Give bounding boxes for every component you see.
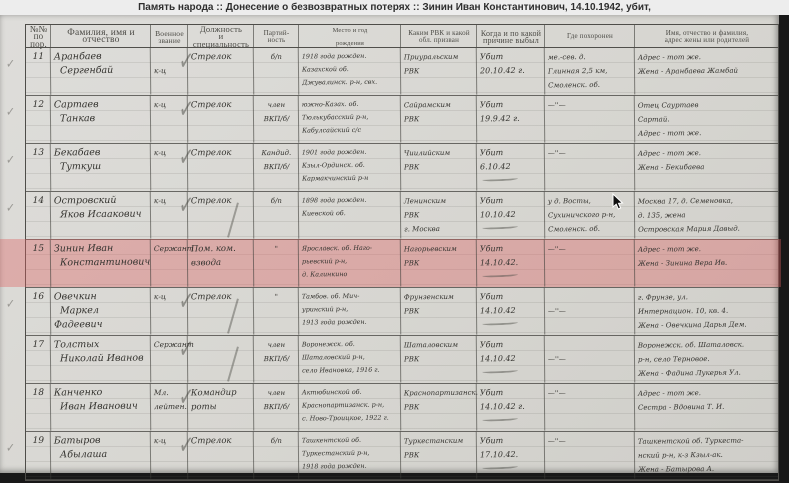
column-header: Место и год рождения <box>299 25 401 47</box>
cell-position: Стрелок <box>188 96 254 144</box>
cell-name: Батыров Абылаша <box>51 431 151 479</box>
cell-party: Кандид. ВКП/б/ <box>254 144 299 191</box>
fate-text: Убит 14.10.42 г. <box>480 386 542 415</box>
fate-text: Убит 6.10.42 <box>480 146 542 175</box>
cell-name: Канченко Иван Иванович <box>51 383 151 431</box>
cell-name: Островский Яков Исаакович <box>51 191 151 239</box>
cell-party: " <box>254 240 299 287</box>
cell-fate: Убит 6.10.42 <box>477 144 545 192</box>
mouse-cursor-icon <box>612 193 624 211</box>
cell-party: б/п <box>254 48 299 95</box>
cell-buried: —''— <box>545 336 635 384</box>
margin-checkmark-icon: ✓ <box>6 153 16 169</box>
column-header: Фамилия, имя и отчество <box>51 25 151 47</box>
margin-checkmark-icon: ✓ <box>6 201 16 217</box>
cell-fate: Убит 10.10.42 <box>477 192 545 240</box>
table-row: 13Бекабаев Туткушк-цСтрелокКандид. ВКП/б… <box>26 144 778 192</box>
pencil-underline <box>482 320 518 326</box>
cell-buried: —''— <box>545 144 635 192</box>
cell-buried: —''— <box>545 96 635 144</box>
cell-rank: к-ц <box>151 192 188 239</box>
cell-position: Стрелок <box>188 48 254 96</box>
cell-party: б/п <box>254 192 299 239</box>
cell-rvk: Фрунзенским РВК <box>401 288 477 336</box>
cell-party: " <box>254 288 299 335</box>
cell-name: Толстых Николай Иванов <box>51 335 151 383</box>
table-row: 16Овечкин Маркел Фадеевичк-цСтрелок"Тамб… <box>26 288 778 336</box>
cell-family: Адрес - тот же. Жена - Бекибаева <box>635 143 778 191</box>
margin-checkmark-icon: ✓ <box>6 297 16 313</box>
cell-num: 17 <box>26 336 51 383</box>
table-row: 18Канченко Иван ИвановичМл. лейтен.Коман… <box>26 384 778 432</box>
cell-party: б/п <box>254 432 299 479</box>
table-row: 11Аранбаев Сергенбай к-цСтрелокб/п1918 г… <box>26 48 778 96</box>
cell-fate: Убит 14.10.42. <box>477 240 545 288</box>
margin-checkmark-icon: ✓ <box>6 57 16 73</box>
margin-checkmark-icon: ✓ <box>6 105 16 121</box>
cell-birth: Тамбов. об. Мич- уринский р-н, 1913 года… <box>299 287 401 335</box>
cell-rank: к-ц <box>151 144 188 191</box>
cell-family: Ташкентской об. Туркеста- нский р-н, к-з… <box>635 431 778 479</box>
fate-text: Убит 19.9.42 г. <box>480 98 542 127</box>
cell-fate: Убит 20.10.42 г. <box>477 48 545 96</box>
cell-fate: Убит 14.10.42 <box>477 336 545 384</box>
document-scan: №№ по пор.Фамилия, имя и отчествоВоенное… <box>0 15 779 473</box>
cell-position: Стрелок <box>188 432 254 480</box>
cell-birth: 1918 года рожден. Казахской об. Джувалин… <box>299 47 401 95</box>
column-header: Каким РВК и какой обл. призван <box>401 25 477 47</box>
pencil-underline <box>482 224 518 230</box>
table-body: 11Аранбаев Сергенбай к-цСтрелокб/п1918 г… <box>26 48 778 480</box>
cell-birth: Ярославск. об. Наго- рьевский р-н, д. Ка… <box>299 239 401 287</box>
column-header: Военное звание <box>151 25 188 47</box>
page-title: Память народа :: Донесение о безвозвратн… <box>0 0 789 15</box>
cell-rvk: Чиилийским РВК <box>401 144 477 192</box>
cell-position: Стрелок <box>188 144 254 192</box>
margin-checkmark-icon: ✓ <box>6 441 16 457</box>
cell-rank: к-ц <box>151 96 188 143</box>
cell-family: Отец Сауртаев Сартай. Адрес - тот же. <box>635 95 778 143</box>
fate-text: Убит 14.10.42. <box>480 242 542 271</box>
cell-num: 14 <box>26 192 51 239</box>
pencil-underline <box>482 176 518 182</box>
cell-buried: ме.-сев. д. Глинная 2,5 км, Смоленск. об… <box>545 48 635 96</box>
cell-birth: Актюбинской об. Краснопартизанск. р-н, с… <box>299 383 401 431</box>
cell-family: Адрес - тот же. Жена - Аранбаева Жамбай <box>635 47 778 95</box>
column-header: Имя, отчество и фамилия, адрес жены или … <box>635 25 778 47</box>
cell-rvk: Сайрамским РВК <box>401 96 477 144</box>
cell-position: Стрелок <box>188 192 254 240</box>
cell-birth: 1898 года рожден. Киевской об. <box>299 191 401 239</box>
table-row: 17Толстых Николай ИвановСержантчлен ВКП/… <box>26 336 778 384</box>
cell-num: 15 <box>26 240 51 287</box>
cell-rvk: Нагорьевским РВК <box>401 240 477 288</box>
cell-party: член ВКП/б/ <box>254 336 299 383</box>
cell-family: г. Фрунзе, ул. Интернацион. 10, кв. 4. Ж… <box>635 287 778 335</box>
cell-rank: к-ц <box>151 48 188 95</box>
cell-family: Москва 17, д. Семеновка, д. 135, жена Ос… <box>635 191 778 239</box>
cell-birth: южно-Казах. об. Тюлькубасский р-н, Кабул… <box>299 95 401 143</box>
cell-num: 18 <box>26 384 51 431</box>
losses-table: №№ по пор.Фамилия, имя и отчествоВоенное… <box>25 24 779 481</box>
column-header: Где похоронен <box>545 25 635 47</box>
cell-position <box>188 336 254 384</box>
cell-fate: Убит 14.10.42 г. <box>477 384 545 432</box>
cell-birth: Воронежск. об. Шаталовский р-н, село Ива… <box>299 335 401 383</box>
cell-rvk: Ленинским РВК г. Москва <box>401 192 477 240</box>
cell-rank: Сержант <box>151 240 188 287</box>
column-header: Когда и по какой причине выбыл <box>477 25 545 47</box>
cell-fate: Убит 14.10.42 <box>477 288 545 336</box>
table-header-row: №№ по пор.Фамилия, имя и отчествоВоенное… <box>26 25 778 48</box>
cell-birth: 1901 года рожден. Кзыл-Ординск. об. Карм… <box>299 143 401 191</box>
table-row: 12Сартаев Танкавк-цСтрелокчлен ВКП/б/южн… <box>26 96 778 144</box>
cell-num: 11 <box>26 48 51 95</box>
cell-buried: —''— <box>545 288 635 336</box>
pencil-underline <box>482 368 518 374</box>
column-header: №№ по пор. <box>26 25 51 47</box>
cell-birth: Ташкентской об. Туркестанский р-н, 1918 … <box>299 431 401 479</box>
table-row: 15Зинин Иван КонстантиновичСержантПом. к… <box>26 240 778 288</box>
cell-fate: Убит 17.10.42. <box>477 432 545 480</box>
cell-family: Адрес - тот же. Жена - Зинина Вера Ив. <box>635 239 778 287</box>
cell-rvk: Приуральским РВК <box>401 48 477 96</box>
fate-text: Убит 10.10.42 <box>480 194 542 223</box>
cell-position: Стрелок <box>188 288 254 336</box>
cell-rvk: Краснопартизанск. РВК <box>401 384 477 432</box>
cell-position: Командир роты <box>188 384 254 432</box>
pencil-underline <box>482 416 518 422</box>
cell-rank: Сержант <box>151 336 188 383</box>
pencil-underline <box>482 464 518 470</box>
cell-name: Овечкин Маркел Фадеевич <box>51 287 151 335</box>
cell-party: член ВКП/б/ <box>254 384 299 431</box>
cell-num: 19 <box>26 432 51 479</box>
cell-party: член ВКП/б/ <box>254 96 299 143</box>
cell-family: Воронежск. об. Шаталовск. р-н, село Терн… <box>635 335 778 383</box>
cell-num: 12 <box>26 96 51 143</box>
cell-buried: —''— <box>545 240 635 288</box>
fate-text: Убит 17.10.42. <box>480 434 542 463</box>
cell-rvk: Туркестанским РВК <box>401 432 477 480</box>
cell-num: 16 <box>26 288 51 335</box>
cell-name: Аранбаев Сергенбай <box>51 47 151 95</box>
cell-fate: Убит 19.9.42 г. <box>477 96 545 144</box>
table-row: 19Батыров Абылашак-цСтрелокб/пТашкентско… <box>26 432 778 480</box>
table-row: 14Островский Яков Исааковичк-цСтрелокб/п… <box>26 192 778 240</box>
cell-buried: —''— <box>545 432 635 480</box>
cell-num: 13 <box>26 144 51 191</box>
cell-family: Адрес - тот же. Сестра - Вдовина Т. И. <box>635 383 778 431</box>
pencil-underline <box>482 272 518 278</box>
cell-position: Пом. ком. взвода <box>188 240 254 288</box>
fate-text: Убит 14.10.42 <box>480 338 542 367</box>
cell-rank: к-ц <box>151 432 188 479</box>
cell-name: Бекабаев Туткуш <box>51 143 151 191</box>
cell-rank: Мл. лейтен. <box>151 384 188 431</box>
cell-name: Сартаев Танкав <box>51 95 151 143</box>
cell-rank: к-ц <box>151 288 188 335</box>
cell-name: Зинин Иван Константинович <box>51 239 151 287</box>
fate-text: Убит 14.10.42 <box>480 290 542 319</box>
cell-buried: —''— <box>545 384 635 432</box>
column-header: Должность и специальность <box>188 25 254 47</box>
column-header: Партий- ность <box>254 25 299 47</box>
fate-text: Убит 20.10.42 г. <box>480 50 542 79</box>
cell-rvk: Шаталовским РВК <box>401 336 477 384</box>
